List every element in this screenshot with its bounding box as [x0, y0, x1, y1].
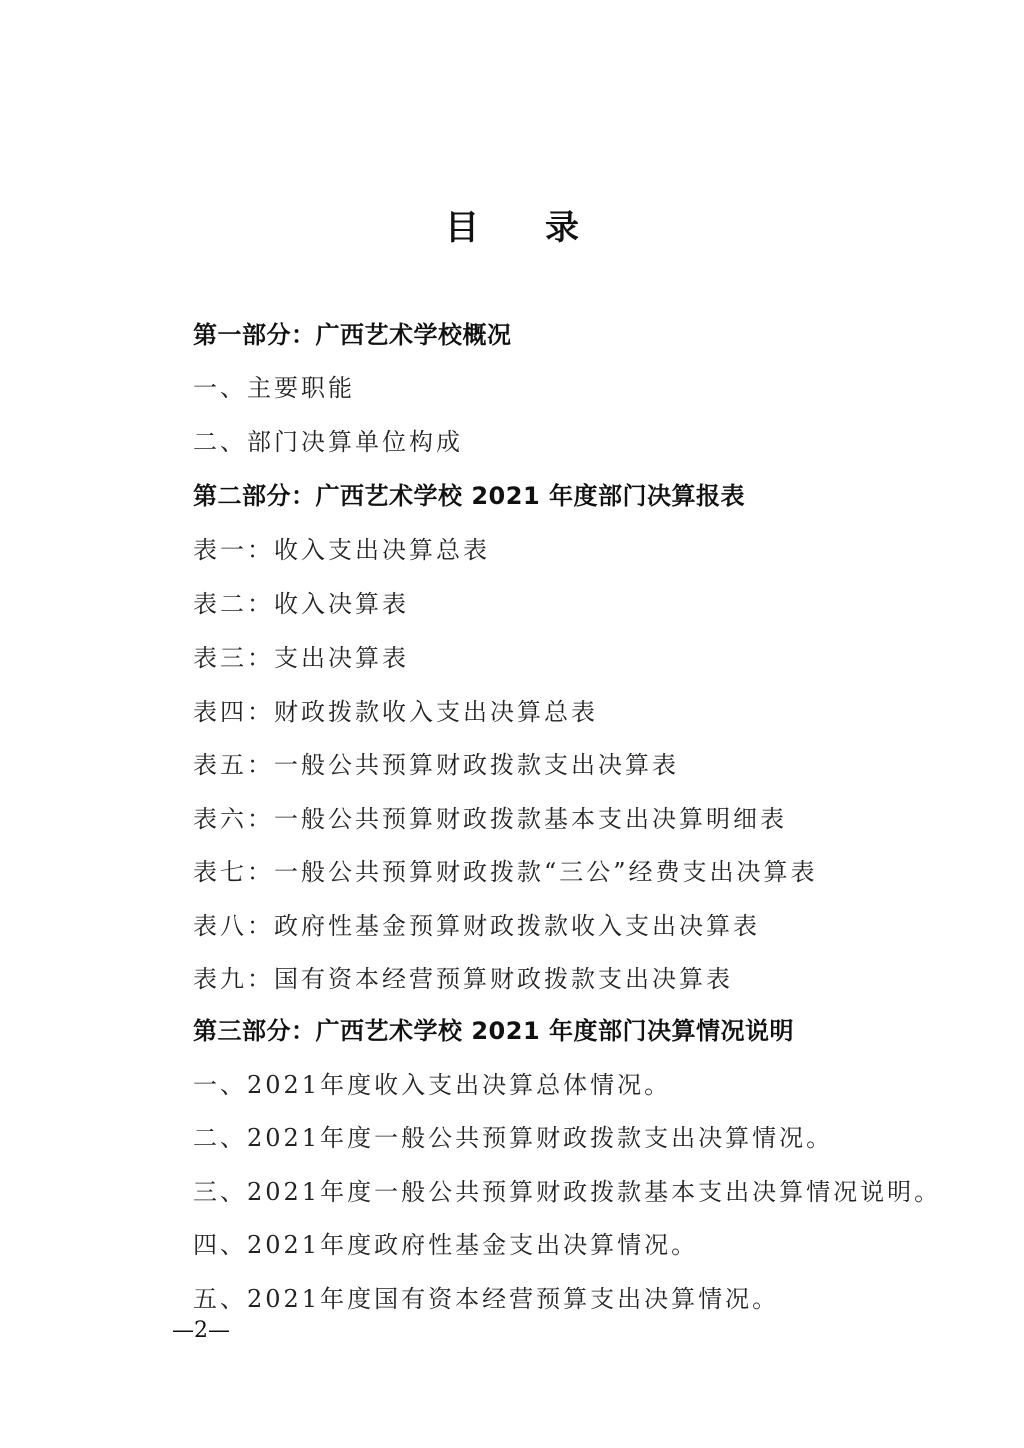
- toc-item: 四、2021年度政府性基金支出决算情况。: [193, 1230, 698, 1260]
- page-number: —2—: [172, 1318, 230, 1343]
- toc-item: 表七：一般公共预算财政拨款“三公”经费支出决算表: [193, 857, 818, 887]
- toc-item: 表三：支出决算表: [193, 643, 409, 673]
- toc-item: 表二：收入决算表: [193, 589, 409, 619]
- toc-item: 表九：国有资本经营预算财政拨款支出决算表: [193, 964, 733, 994]
- toc-part-2-heading: 第二部分：广西艺术学校 2021 年度部门决算报表: [193, 481, 745, 511]
- toc-item: 三、2021年度一般公共预算财政拨款基本支出决算情况说明。: [193, 1177, 941, 1207]
- toc-item: 二、部门决算单位构成: [193, 427, 463, 457]
- toc-item: 表四：财政拨款收入支出决算总表: [193, 697, 598, 727]
- toc-item: 表五：一般公共预算财政拨款支出决算表: [193, 750, 679, 780]
- toc-item: 表八：政府性基金预算财政拨款收入支出决算表: [193, 911, 760, 941]
- toc-item: 二、2021年度一般公共预算财政拨款支出决算情况。: [193, 1123, 833, 1153]
- toc-part-1-heading: 第一部分：广西艺术学校概况: [193, 320, 512, 350]
- toc-item: 一、主要职能: [193, 373, 355, 403]
- page-title: 目录: [0, 200, 1024, 249]
- title-char-1: 目: [445, 200, 479, 249]
- toc-item: 表一：收入支出决算总表: [193, 535, 490, 565]
- title-char-2: 录: [545, 200, 579, 249]
- toc-item: 表六：一般公共预算财政拨款基本支出决算明细表: [193, 804, 787, 834]
- toc-item: 五、2021年度国有资本经营预算支出决算情况。: [193, 1284, 779, 1314]
- toc-part-3-heading: 第三部分：广西艺术学校 2021 年度部门决算情况说明: [193, 1016, 794, 1046]
- toc-item: 一、2021年度收入支出决算总体情况。: [193, 1070, 671, 1100]
